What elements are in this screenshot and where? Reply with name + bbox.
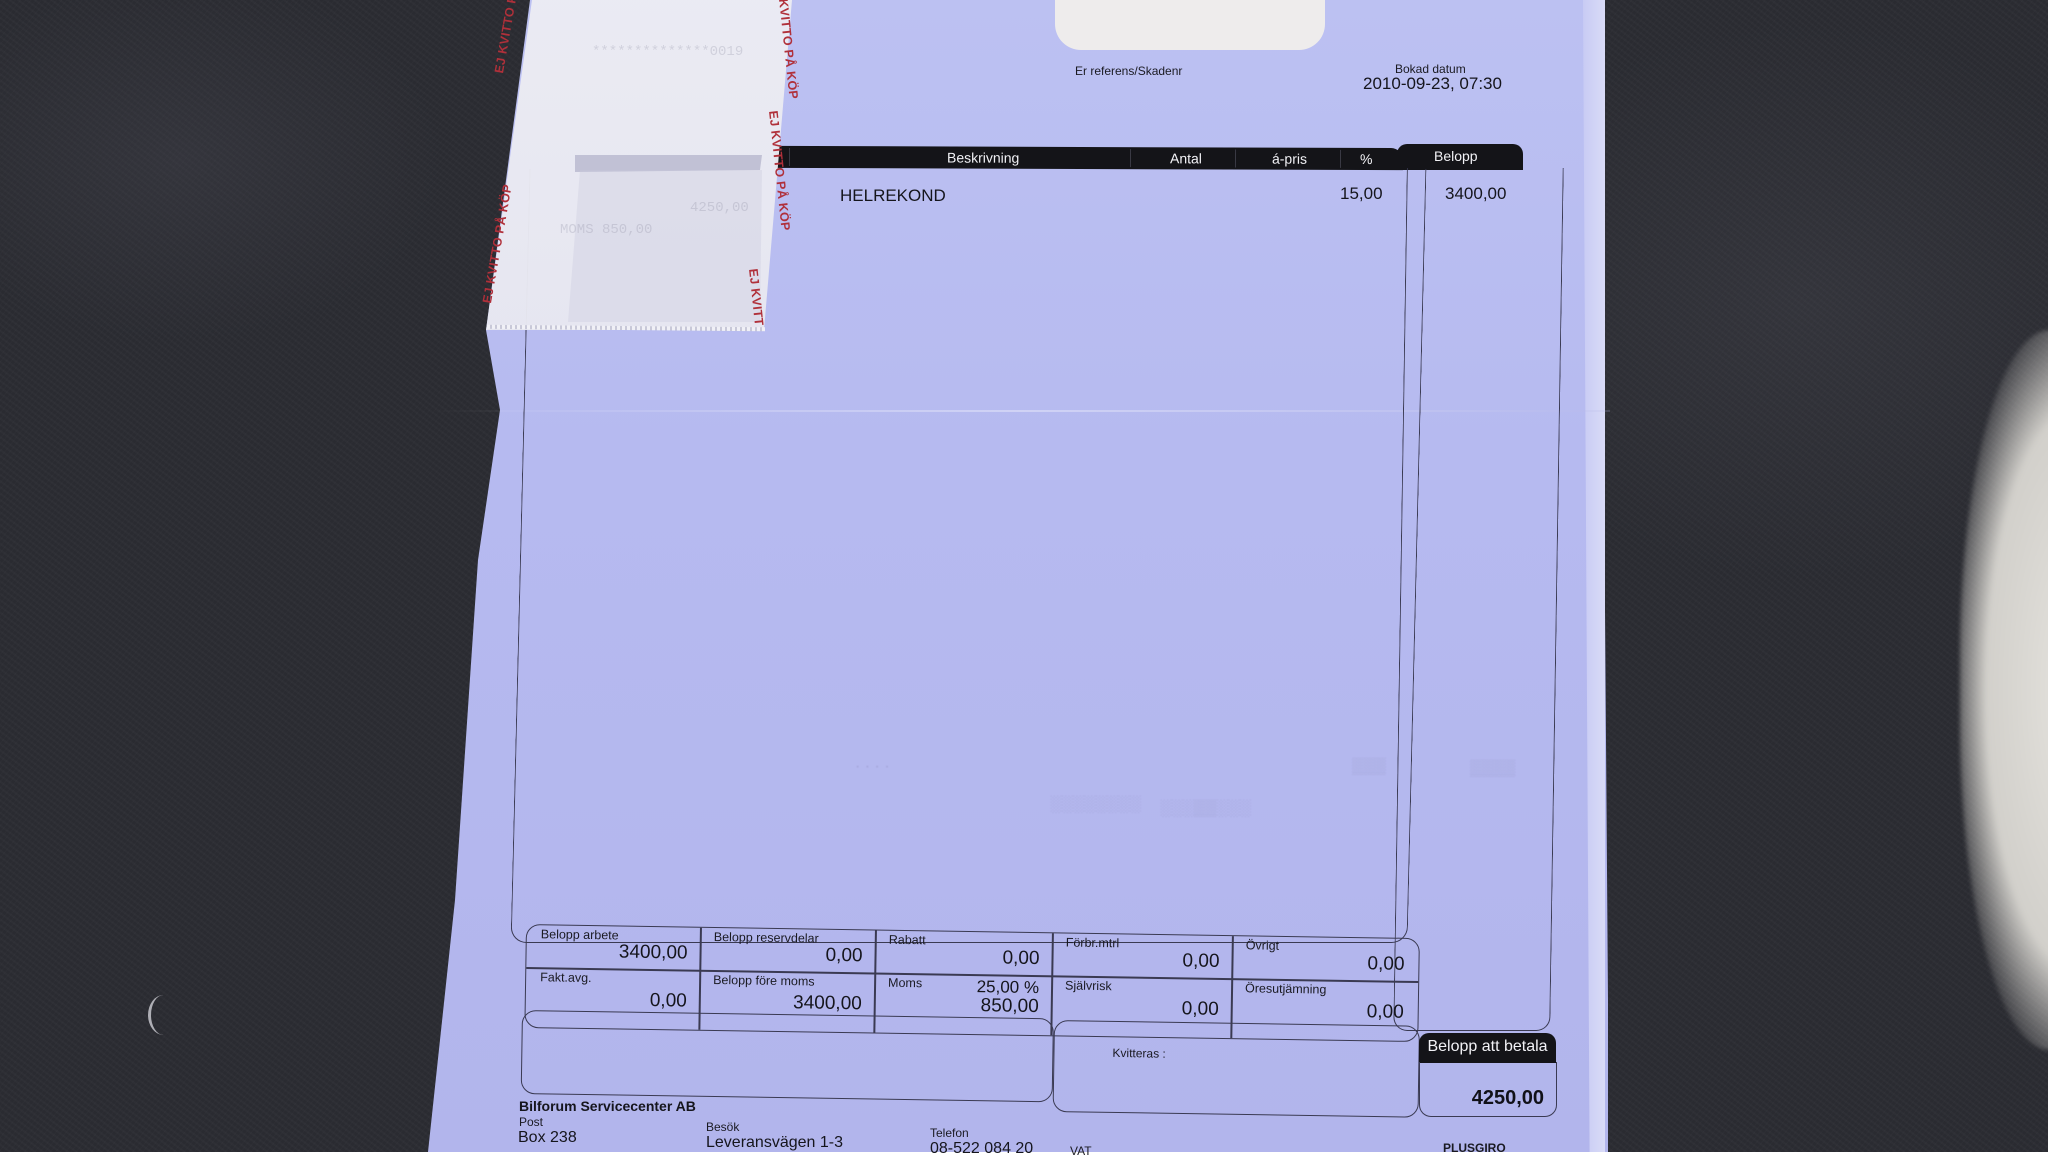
sunlight-patch <box>1960 330 2048 1050</box>
carpet-fiber <box>148 995 179 1035</box>
carpet-background <box>0 0 2048 1152</box>
